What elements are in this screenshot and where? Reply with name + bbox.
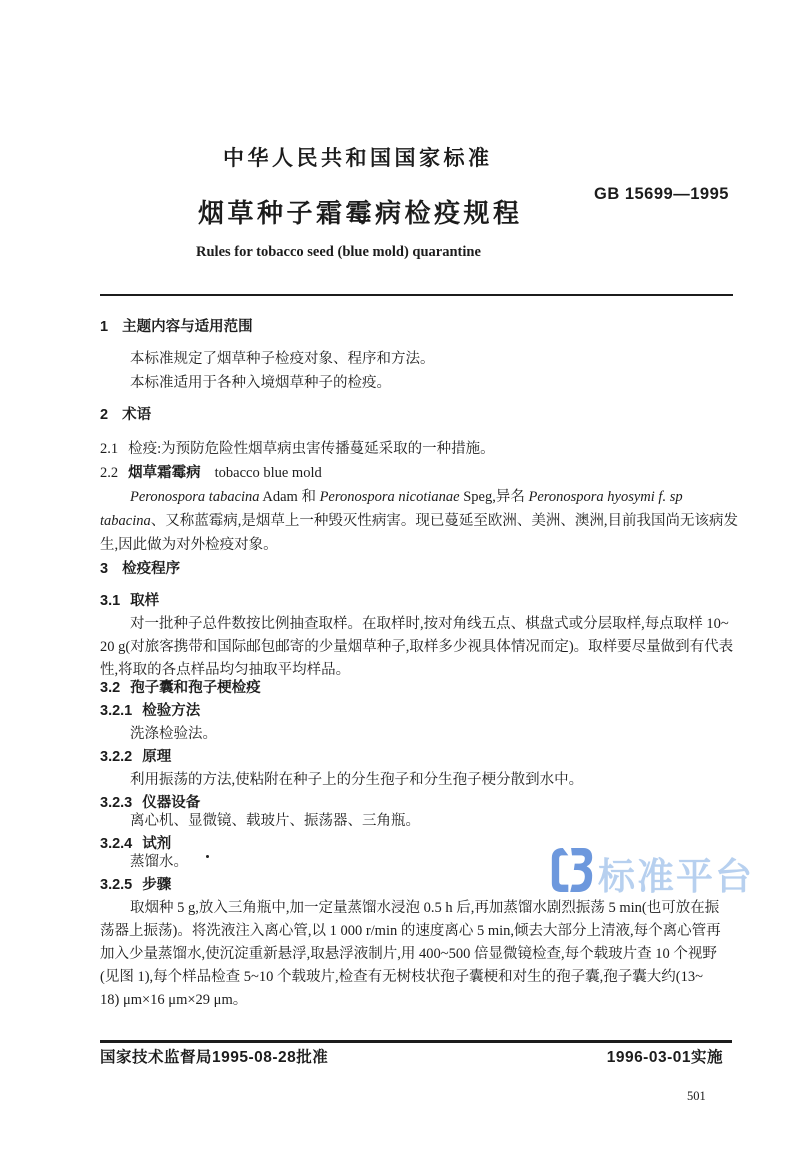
- section-title: 主题内容与适用范围: [122, 319, 253, 335]
- clause-2-1: 2.1检疫:为预防危险性烟草病虫害传播蔓延采取的一种措施。: [100, 440, 495, 458]
- clause-number: 2.1: [100, 440, 118, 458]
- paragraph-line: 18) μm×16 μm×29 μm。: [100, 991, 247, 1009]
- clause-number: 3.2.5: [100, 876, 132, 894]
- document-title: 烟草种子霜霉病检疫规程: [198, 197, 523, 230]
- paragraph: 离心机、显微镜、载玻片、振荡器、三角瓶。: [130, 812, 420, 830]
- footer-divider: [100, 1040, 732, 1043]
- definition-line: 生,因此做为对外检疫对象。: [100, 536, 278, 554]
- definition-text: 、又称蓝霉病,是烟草上一种毁灭性病害。现已蔓延至欧洲、美洲、澳洲,目前我国尚无该…: [151, 513, 738, 529]
- section-3-heading: 3检疫程序: [100, 560, 180, 578]
- clause-title: 仪器设备: [142, 795, 200, 811]
- clause-number: 3.2.1: [100, 702, 132, 720]
- paragraph-line: 20 g(对旅客携带和国际邮包邮寄的少量烟草种子,取样多少视具体情况而定)。取样…: [100, 638, 733, 656]
- clause-number: 2.2: [100, 464, 118, 482]
- clause-number: 3.2: [100, 679, 120, 697]
- page-number: 501: [687, 1089, 706, 1105]
- section-title: 术语: [122, 407, 151, 423]
- clause-number: 3.2.4: [100, 835, 132, 853]
- clause-number: 3.2.3: [100, 794, 132, 812]
- definition-text: Adam 和: [260, 489, 320, 505]
- paragraph: 洗涤检验法。: [130, 725, 217, 743]
- paragraph: 利用振荡的方法,使粘附在种子上的分生孢子和分生孢子梗分散到水中。: [130, 771, 583, 789]
- clause-3-2-1-heading: 3.2.1检验方法: [100, 702, 200, 720]
- clause-3-1-heading: 3.1取样: [100, 592, 159, 610]
- zb-logo-icon: [550, 845, 594, 900]
- clause-text: 检疫:为预防危险性烟草病虫害传播蔓延采取的一种措施。: [128, 441, 495, 457]
- document-page: 中华人民共和国国家标准 GB 15699—1995 烟草种子霜霉病检疫规程 Ru…: [0, 0, 800, 1168]
- section-title: 检疫程序: [122, 561, 180, 577]
- paragraph: 蒸馏水。: [130, 853, 188, 871]
- paragraph-line: 对一批种子总件数按比例抽查取样。在取样时,按对角线五点、棋盘式或分层取样,每点取…: [130, 615, 729, 633]
- section-1-heading: 1主题内容与适用范围: [100, 318, 253, 336]
- paragraph: 本标准规定了烟草种子检疫对象、程序和方法。: [130, 350, 435, 368]
- paragraph: 本标准适用于各种入境烟草种子的检疫。: [130, 374, 391, 392]
- paragraph-line: 性,将取的各点样品均匀抽取平均样品。: [100, 661, 350, 679]
- clause-title: 原理: [142, 749, 171, 765]
- clause-3-2-3-heading: 3.2.3仪器设备: [100, 794, 200, 812]
- implementation-notice: 1996-03-01实施: [0, 1048, 723, 1067]
- latin-name: Peronospora hyosymi: [528, 489, 654, 505]
- clause-3-2-2-heading: 3.2.2原理: [100, 748, 171, 766]
- clause-3-2-4-heading: 3.2.4试剂: [100, 835, 171, 853]
- paragraph-line: 荡器上振荡)。将洗液注入离心管,以 1 000 r/min 的速度离心 5 mi…: [100, 922, 721, 940]
- definition-text: Speg,异名: [460, 489, 529, 505]
- document-title-english: Rules for tobacco seed (blue mold) quara…: [196, 243, 481, 261]
- section-number: 2: [100, 406, 108, 424]
- clause-title: 试剂: [142, 836, 171, 852]
- latin-name: f. sp: [655, 489, 683, 505]
- paragraph-line: 加入少量蒸馏水,使沉淀重新悬浮,取悬浮液制片,用 400~500 倍显微镜检查,…: [100, 945, 717, 963]
- definition-line: tabacina、又称蓝霉病,是烟草上一种毁灭性病害。现已蔓延至欧洲、美洲、澳洲…: [100, 512, 738, 530]
- clause-3-2-5-heading: 3.2.5步骤: [100, 876, 171, 894]
- standard-category-title: 中华人民共和国国家标准: [223, 146, 493, 172]
- section-2-heading: 2术语: [100, 406, 151, 424]
- header-divider: [100, 294, 733, 296]
- clause-title: 检验方法: [142, 703, 200, 719]
- clause-title: 孢子囊和孢子梗检疫: [130, 680, 261, 696]
- ink-speck: [206, 855, 209, 858]
- watermark-text: 标准平台: [598, 846, 754, 900]
- paragraph-line: 取烟种 5 g,放入三角瓶中,加一定量蒸馏水浸泡 0.5 h 后,再加蒸馏水剧烈…: [130, 899, 719, 917]
- clause-2-2: 2.2烟草霜霉病tobacco blue mold: [100, 464, 322, 482]
- section-number: 1: [100, 318, 108, 336]
- clause-number: 3.2.2: [100, 748, 132, 766]
- latin-name: Peronospora tabacina: [130, 489, 260, 505]
- clause-number: 3.1: [100, 592, 120, 610]
- clause-title: 步骤: [142, 877, 171, 893]
- term-chinese: 烟草霜霉病: [128, 465, 201, 481]
- latin-name: tabacina: [100, 513, 151, 529]
- paragraph-line: (见图 1),每个样品检查 5~10 个载玻片,检查有无树枝状孢子囊梗和对生的孢…: [100, 968, 703, 986]
- clause-3-2-heading: 3.2孢子囊和孢子梗检疫: [100, 679, 261, 697]
- section-number: 3: [100, 560, 108, 578]
- term-english: tobacco blue mold: [215, 465, 322, 481]
- site-watermark: 标准平台: [550, 845, 754, 900]
- definition-line: Peronospora tabacina Adam 和 Peronospora …: [130, 488, 683, 506]
- standard-number: GB 15699—1995: [594, 184, 729, 205]
- latin-name: Peronospora nicotianae: [320, 489, 460, 505]
- clause-title: 取样: [130, 593, 159, 609]
